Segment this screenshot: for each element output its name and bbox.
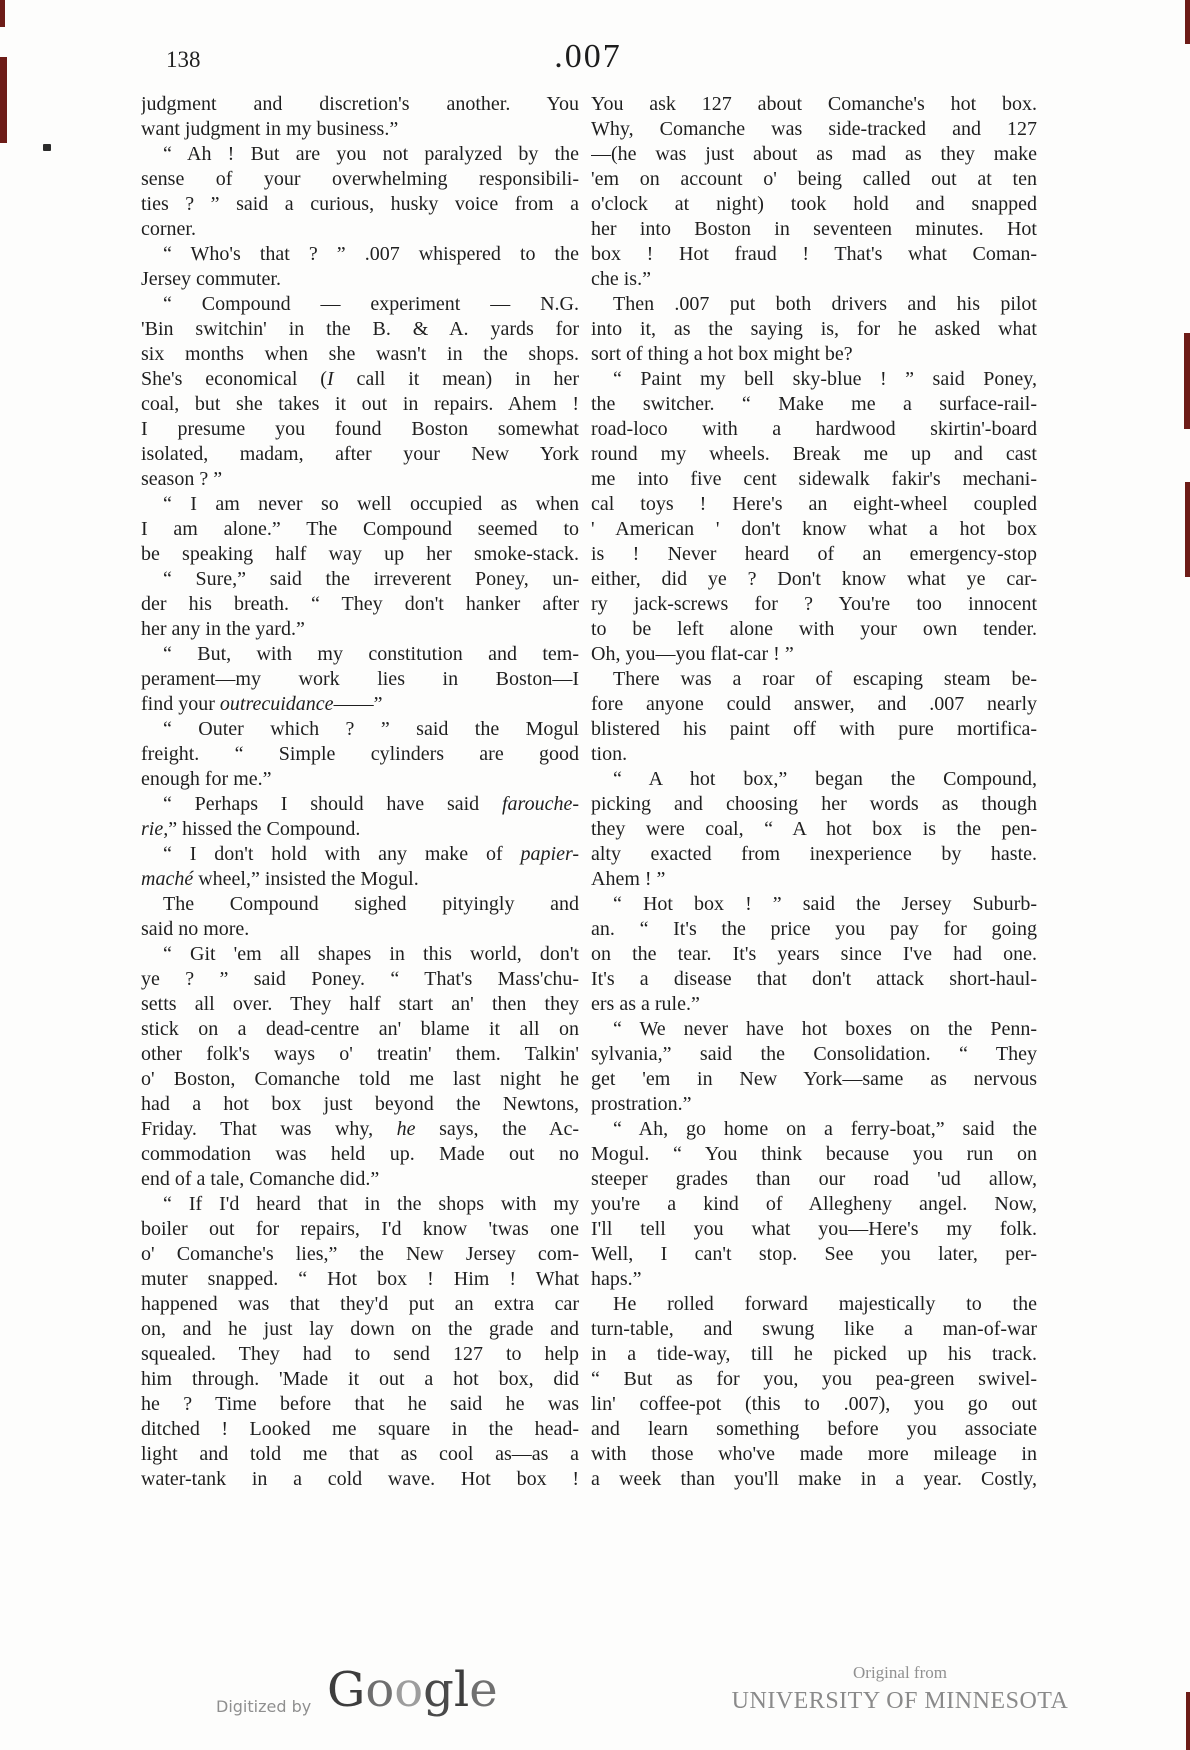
google-logo-letter: G <box>327 1662 365 1718</box>
text-line: an. “ It's the price you pay for going <box>591 917 1037 942</box>
text-line: Ahem ! ” <box>591 867 1037 892</box>
original-from-label: Original from <box>700 1663 1100 1683</box>
text-line: I am alone.” The Compound seemed to <box>141 517 579 542</box>
text-line: ers as a rule.” <box>591 992 1037 1017</box>
text-line: “ Ah ! But are you not paralyzed by the <box>141 142 579 167</box>
text-line: “ Perhaps I should have said farouche- <box>141 792 579 817</box>
text-line: “ Hot box ! ” said the Jersey Suburb- <box>591 892 1037 917</box>
text-line: o' Comanche's lies,” the New Jersey com- <box>141 1242 579 1267</box>
text-line: get 'em in New York—same as nervous <box>591 1067 1037 1092</box>
text-line: either, did ye ? Don't know what ye car- <box>591 567 1037 592</box>
text-line: “ Git 'em all shapes in this world, don'… <box>141 942 579 967</box>
google-logo: Google <box>327 1666 498 1714</box>
text-column-right: You ask 127 about Comanche's hot box.Why… <box>591 92 1037 1492</box>
text-line: “ But as for you, you pea-green swivel- <box>591 1367 1037 1392</box>
text-line: “ Outer which ? ” said the Mogul <box>141 717 579 742</box>
google-logo-letter: o <box>394 1662 423 1718</box>
text-line: sort of thing a hot box might be? <box>591 342 1037 367</box>
text-line: He rolled forward majestically to the <box>591 1292 1037 1317</box>
text-line: find your outrecuidance——” <box>141 692 579 717</box>
text-line: I'll tell you what you—Here's my folk. <box>591 1217 1037 1242</box>
text-line: “ Ah, go home on a ferry-boat,” said the <box>591 1117 1037 1142</box>
text-line: happened was that they'd put an extra ca… <box>141 1292 579 1317</box>
text-line: had a hot box just beyond the Newtons, <box>141 1092 579 1117</box>
scan-edge-mark <box>1185 0 1190 44</box>
text-column-left: judgment and discretion's another. Youwa… <box>141 92 579 1492</box>
text-line: freight. “ Simple cylinders are good <box>141 742 579 767</box>
text-line: road-loco with a hardwood skirtin'-board <box>591 417 1037 442</box>
text-line: The Compound sighed pityingly and <box>141 892 579 917</box>
text-line: perament—my work lies in Boston—I <box>141 667 579 692</box>
text-line: squealed. They had to send 127 to help <box>141 1342 579 1367</box>
text-line: turn-table, and swung like a man-of-war <box>591 1317 1037 1342</box>
text-line: “ Compound — experiment — N.G. <box>141 292 579 317</box>
text-line: “ A hot box,” began the Compound, <box>591 767 1037 792</box>
text-line: steeper grades than our road 'ud allow, <box>591 1167 1037 1192</box>
text-line: boiler out for repairs, I'd know 'twas o… <box>141 1217 579 1242</box>
google-logo-letter: o <box>365 1662 394 1718</box>
text-line: a week than you'll make in a year. Costl… <box>591 1467 1037 1492</box>
scan-edge-mark <box>1185 482 1190 577</box>
text-line: stick on a dead-centre an' blame it all … <box>141 1017 579 1042</box>
book-page-scan: 138 .007 judgment and discretion's anoth… <box>0 0 1190 1750</box>
text-line: six months when she wasn't in the shops. <box>141 342 579 367</box>
text-line: to be left alone with your own tender. <box>591 617 1037 642</box>
text-line: You ask 127 about Comanche's hot box. <box>591 92 1037 117</box>
text-line: enough for me.” <box>141 767 579 792</box>
text-line: the switcher. “ Make me a surface-rail- <box>591 392 1037 417</box>
text-line: her into Boston in seventeen minutes. Ho… <box>591 217 1037 242</box>
text-line: “ Sure,” said the irreverent Poney, un- <box>141 567 579 592</box>
text-line: me into five cent sidewalk fakir's mecha… <box>591 467 1037 492</box>
text-line: water-tank in a cold wave. Hot box ! <box>141 1467 579 1492</box>
text-line: Well, I can't stop. See you later, per- <box>591 1242 1037 1267</box>
text-line: che is.” <box>591 267 1037 292</box>
text-line: isolated, madam, after your New York <box>141 442 579 467</box>
text-line: sylvania,” said the Consolidation. “ The… <box>591 1042 1037 1067</box>
text-line: on the tear. It's years since I've had o… <box>591 942 1037 967</box>
text-line: fore anyone could answer, and .007 nearl… <box>591 692 1037 717</box>
text-line: other folk's ways o' treatin' them. Talk… <box>141 1042 579 1067</box>
ink-speck <box>43 144 51 151</box>
text-line: blistered his paint off with pure mortif… <box>591 717 1037 742</box>
text-line: 'Bin switchin' in the B. & A. yards for <box>141 317 579 342</box>
text-line: Then .007 put both drivers and his pilot <box>591 292 1037 317</box>
text-line: tion. <box>591 742 1037 767</box>
text-line: ye ? ” said Poney. “ That's Mass'chu- <box>141 967 579 992</box>
institution-label: UNIVERSITY OF MINNESOTA <box>660 1688 1140 1715</box>
text-line: ' American ' don't know what a hot box <box>591 517 1037 542</box>
text-line: want judgment in my business.” <box>141 117 579 142</box>
text-line: —(he was just about as mad as they make <box>591 142 1037 167</box>
text-line: corner. <box>141 217 579 242</box>
text-line: o' Boston, Comanche told me last night h… <box>141 1067 579 1092</box>
text-line: light and told me that as cool as—as a <box>141 1442 579 1467</box>
text-line: alty exacted from inexperience by haste. <box>591 842 1037 867</box>
google-logo-letter: g <box>423 1662 454 1718</box>
text-line: end of a tale, Comanche did.” <box>141 1167 579 1192</box>
text-line: “ But, with my constitution and tem- <box>141 642 579 667</box>
text-line: you're a kind of Allegheny angel. Now, <box>591 1192 1037 1217</box>
text-line: commodation was held up. Made out no <box>141 1142 579 1167</box>
text-line: box ! Hot fraud ! That's what Coman- <box>591 242 1037 267</box>
text-line: her any in the yard.” <box>141 617 579 642</box>
text-line: setts all over. They half start an' then… <box>141 992 579 1017</box>
text-line: ry jack-screws for ? You're too innocent <box>591 592 1037 617</box>
text-line: and learn something before you associate <box>591 1417 1037 1442</box>
scan-edge-mark <box>0 0 5 27</box>
text-line: him through. 'Made it out a hot box, did <box>141 1367 579 1392</box>
text-line: be speaking half way up her smoke-stack. <box>141 542 579 567</box>
text-line: season ? ” <box>141 467 579 492</box>
text-line: o'clock at night) took hold and snapped <box>591 192 1037 217</box>
text-line: “ Who's that ? ” .007 whispered to the <box>141 242 579 267</box>
text-line: 'em on account o' being called out at te… <box>591 167 1037 192</box>
text-line: Why, Comanche was side-tracked and 127 <box>591 117 1037 142</box>
text-line: coal, but she takes it out in repairs. A… <box>141 392 579 417</box>
text-line: said no more. <box>141 917 579 942</box>
text-line: She's economical (I call it mean) in her <box>141 367 579 392</box>
text-line: in a tide-way, till he picked up his tra… <box>591 1342 1037 1367</box>
text-line: Friday. That was why, he says, the Ac- <box>141 1117 579 1142</box>
google-logo-letter: l <box>454 1662 469 1718</box>
text-line: he ? Time before that he said he was <box>141 1392 579 1417</box>
text-line: maché wheel,” insisted the Mogul. <box>141 867 579 892</box>
scan-edge-mark <box>0 57 7 143</box>
text-line: Oh, you—you flat-car ! ” <box>591 642 1037 667</box>
text-line: Jersey commuter. <box>141 267 579 292</box>
text-line: muter snapped. “ Hot box ! Him ! What <box>141 1267 579 1292</box>
text-line: on, and he just lay down on the grade an… <box>141 1317 579 1342</box>
text-line: they were coal, “ A hot box is the pen- <box>591 817 1037 842</box>
google-logo-letter: e <box>469 1662 497 1718</box>
text-line: judgment and discretion's another. You <box>141 92 579 117</box>
text-line: prostration.” <box>591 1092 1037 1117</box>
text-line: rie,” hissed the Compound. <box>141 817 579 842</box>
text-line: picking and choosing her words as though <box>591 792 1037 817</box>
scan-edge-mark <box>1184 333 1190 429</box>
text-line: ties ? ” said a curious, husky voice fro… <box>141 192 579 217</box>
digitized-by-label: Digitized by <box>216 1697 311 1716</box>
text-line: ditched ! Looked me square in the head- <box>141 1417 579 1442</box>
text-line: “ If I'd heard that in the shops with my <box>141 1192 579 1217</box>
text-line: into it, as the saying is, for he asked … <box>591 317 1037 342</box>
text-line: der his breath. “ They don't hanker afte… <box>141 592 579 617</box>
text-line: “ I am never so well occupied as when <box>141 492 579 517</box>
text-line: “ We never have hot boxes on the Penn- <box>591 1017 1037 1042</box>
text-line: I presume you found Boston somewhat <box>141 417 579 442</box>
page-title: .007 <box>140 38 1036 76</box>
text-line: is ! Never heard of an emergency-stop <box>591 542 1037 567</box>
text-line: “ Paint my bell sky-blue ! ” said Poney, <box>591 367 1037 392</box>
text-line: lin' coffee-pot (this to .007), you go o… <box>591 1392 1037 1417</box>
text-line: cal toys ! Here's an eight-wheel coupled <box>591 492 1037 517</box>
text-line: sense of your overwhelming responsibili- <box>141 167 579 192</box>
text-line: round my wheels. Break me up and cast <box>591 442 1037 467</box>
text-line: haps.” <box>591 1267 1037 1292</box>
text-line: Mogul. “ You think because you run on <box>591 1142 1037 1167</box>
text-line: with those who've made more mileage in <box>591 1442 1037 1467</box>
text-line: It's a disease that don't attack short-h… <box>591 967 1037 992</box>
text-line: “ I don't hold with any make of papier- <box>141 842 579 867</box>
text-line: There was a roar of escaping steam be- <box>591 667 1037 692</box>
